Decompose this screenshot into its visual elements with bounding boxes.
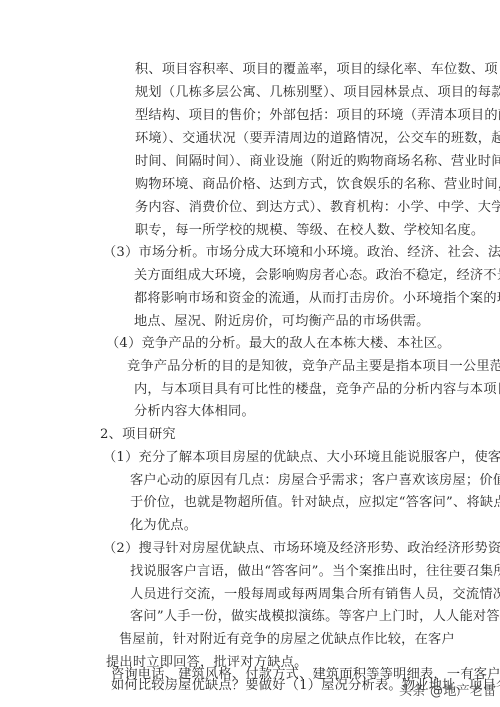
text-line: 竞争产品分析的目的是知彼，竞争产品主要是指本项目一公里范围 — [127, 359, 500, 375]
text-line: （2）搜寻针对房屋优缺点、市场环境及经济形势、政治经济形势资料，寻 — [103, 541, 500, 557]
text-line: （1）充分了解本项目房屋的优缺点、大小环境且能说服客户，使客户心动。 — [103, 450, 500, 466]
text-line: 积、项目容积率、项目的覆盖率，项目的绿化率、车位数、项目的 — [135, 62, 500, 78]
text-line: 时间、间隔时间）、商业设施（附近的购物商场名称、营业时间、 — [135, 154, 500, 170]
text-line: 都将影响市场和资金的流通，从而打击房价。小环境指个案的环境、 — [134, 291, 500, 307]
text-line: 职专，每一所学校的规模、等级、在校人数、学校知名度。 — [135, 223, 484, 239]
text-line: 化为优点。 — [130, 518, 197, 534]
text-line: 售屋前，针对附近有竞争的房屋之优缺点作比较，在客户 — [119, 632, 455, 648]
text-line: 关方面组成大环境，会影响购房者心态。政治不稳定，经济不景气， — [134, 268, 500, 284]
text-line: 环境）、交通状况（要弄清周边的道路情况，公交车的班数，起止 — [135, 131, 500, 147]
text-line: 客问”人手一份，做实战模拟演练。等客户上门时，人人能对答如流。 — [130, 609, 500, 625]
text-line: 客户心动的原因有几点：房屋合乎需求；客户喜欢该房屋；价值大 — [130, 473, 500, 489]
text-line: 内，与本项目具有可比性的楼盘，竞争产品的分析内容与本项目的 — [134, 382, 500, 398]
text-line: （3）市场分析。市场分成大环境和小环境。政治、经济、社会、法令及有 — [103, 245, 500, 261]
text-line: 务内容、消费价位、到达方式）、教育机构：小学、中学、大学、 — [135, 200, 500, 216]
text-line: （4）竞争产品的分析。最大的敌人在本栋大楼、本社区。 — [106, 336, 451, 352]
text-line: 找说服客户言语，做出“答客问”。当个案推出时，往往要召集所有 — [130, 564, 500, 580]
text-line: 地点、屋况、附近房价，可均衡产品的市场供需。 — [134, 314, 430, 330]
text-line: 2、项目研究 — [100, 427, 176, 443]
text-line: 购物环境、商品价格、达到方式，饮食娱乐的名称、营业时间，服 — [135, 177, 500, 193]
text-line: 型结构、项目的售价；外部包括：项目的环境（弄清本项目的面海 — [135, 108, 500, 124]
watermark: 头条 @地产老雷 — [399, 680, 497, 699]
text-line: 人员进行交流，一般每周或每两周集合所有销售人员，交流情况，“答 — [130, 587, 500, 603]
text-line: 规划（几栋多层公寓、几栋别墅）、项目园林景点、项目的每款户 — [135, 85, 500, 101]
text-line: 分析内容大体相同。 — [134, 404, 255, 420]
text-line: 于价位，也就是物超所值。针对缺点，应拟定“答客问”、将缺点转 — [130, 495, 500, 511]
